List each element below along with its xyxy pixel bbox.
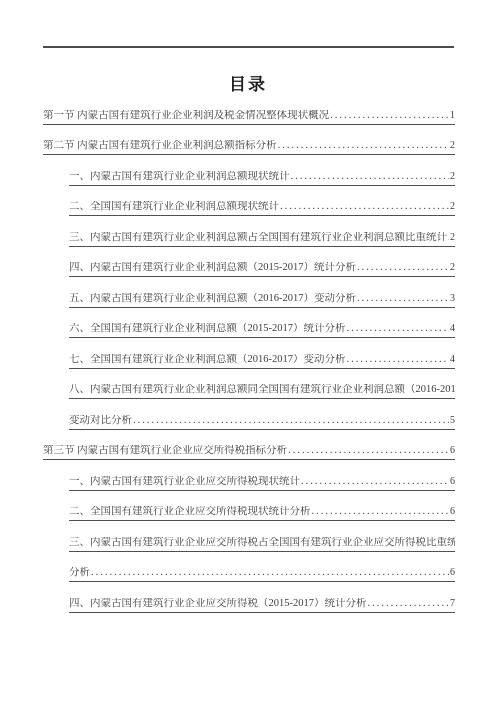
toc-page-number: 7 <box>450 598 455 610</box>
toc-entry-text: 七、全国国有建筑行业企业利润总额（2016-2017）变动分析 <box>69 354 346 366</box>
toc-entry-text: 第一节 内蒙古国有建筑行业企业利润及税金情况整体现状概况 <box>43 110 329 122</box>
toc-page-number: 2 <box>450 232 455 244</box>
toc-entry-line: 变动对比分析 5 <box>69 415 455 430</box>
toc-entry-line: 一、内蒙古国有建筑行业企业应交所得税现状统计 6 <box>69 476 455 491</box>
dot-leader <box>288 445 449 457</box>
toc-entry[interactable]: 二、全国国有建筑行业企业利润总额现状统计 2 <box>43 186 455 217</box>
toc-page-number: 4 <box>450 354 455 366</box>
toc-entry-line: 三、内蒙古国有建筑行业企业应交所得税占全国国有建筑行业企业应交所得税比重统计 <box>69 537 455 552</box>
toc-entry-line: 四、内蒙古国有建筑行业企业应交所得税（2015-2017）统计分析 7 <box>69 598 455 613</box>
toc-entry-text: 三、内蒙古国有建筑行业企业利润总额占全国国有建筑行业企业利润总额比重统计 <box>69 232 447 244</box>
toc-entry-line: 二、全国国有建筑行业企业应交所得税现状统计分析 6 <box>69 506 455 521</box>
toc-entry-line: 二、全国国有建筑行业企业利润总额现状统计 2 <box>69 201 455 216</box>
toc-entry-text: 四、内蒙古国有建筑行业企业应交所得税（2015-2017）统计分析 <box>69 598 367 610</box>
toc-entry[interactable]: 二、全国国有建筑行业企业应交所得税现状统计分析 6 <box>43 491 455 522</box>
toc-entry-line: 六、全国国有建筑行业企业利润总额（2015-2017）统计分析 4 <box>69 323 455 338</box>
dot-leader <box>448 232 449 244</box>
toc-page-number: 6 <box>450 567 455 579</box>
dot-leader <box>357 262 449 274</box>
toc-page-number: 2 <box>450 201 455 213</box>
toc-entry-text: 一、内蒙古国有建筑行业企业利润总额现状统计 <box>69 171 290 183</box>
toc-entry[interactable]: 七、全国国有建筑行业企业利润总额（2016-2017）变动分析 4 <box>43 338 455 369</box>
dot-leader <box>368 598 450 610</box>
toc-entry-text: 第二节 内蒙古国有建筑行业企业利润总额指标分析 <box>43 140 277 152</box>
toc-entry-line: 第二节 内蒙古国有建筑行业企业利润总额指标分析 2 <box>43 140 455 155</box>
toc-entry[interactable]: 三、内蒙古国有建筑行业企业利润总额占全国国有建筑行业企业利润总额比重统计 2 <box>43 216 455 247</box>
toc-page-number: 6 <box>450 476 455 488</box>
toc-page-number: 4 <box>450 323 455 335</box>
toc-entry-text: 一、内蒙古国有建筑行业企业应交所得税现状统计 <box>69 476 300 488</box>
toc-entry-line: 七、全国国有建筑行业企业利润总额（2016-2017）变动分析 4 <box>69 354 455 369</box>
toc-page-number: 5 <box>450 415 455 427</box>
document-page: 目录 第一节 内蒙古国有建筑行业企业利润及税金情况整体现状概况 1 第二节 内蒙… <box>0 0 496 701</box>
table-of-contents: 第一节 内蒙古国有建筑行业企业利润及税金情况整体现状概况 1 第二节 内蒙古国有… <box>43 94 455 613</box>
dot-leader <box>278 140 449 152</box>
dot-leader <box>280 201 449 213</box>
toc-page-number: 2 <box>450 140 455 152</box>
toc-page-number: 2 <box>450 262 455 274</box>
dot-leader <box>301 476 449 488</box>
dot-leader <box>91 567 449 579</box>
dot-leader <box>357 293 449 305</box>
dot-leader <box>291 171 450 183</box>
toc-entry[interactable]: 第三节 内蒙古国有建筑行业企业应交所得税指标分析 6 <box>43 430 455 461</box>
toc-entry-text: 五、内蒙古国有建筑行业企业利润总额（2016-2017）变动分析 <box>69 293 356 305</box>
toc-page-number: 1 <box>450 110 455 122</box>
toc-page-number: 6 <box>450 506 455 518</box>
dot-leader <box>347 354 450 366</box>
toc-entry-line: 分析 6 <box>69 567 455 582</box>
toc-entry[interactable]: 五、内蒙古国有建筑行业企业利润总额（2016-2017）变动分析 3 <box>43 277 455 308</box>
toc-entry-text: 分析 <box>69 567 90 579</box>
toc-entry-text: 二、全国国有建筑行业企业利润总额现状统计 <box>69 201 279 213</box>
toc-entry-line: 四、内蒙古国有建筑行业企业利润总额（2015-2017）统计分析 2 <box>69 262 455 277</box>
page-title: 目录 <box>0 70 496 95</box>
dot-leader <box>133 415 449 427</box>
toc-entry-line: 第三节 内蒙古国有建筑行业企业应交所得税指标分析 6 <box>43 445 455 460</box>
toc-entry-text: 六、全国国有建筑行业企业利润总额（2015-2017）统计分析 <box>69 323 346 335</box>
toc-entry-text: 八、内蒙古国有建筑行业企业利润总额同全国国有建筑行业企业利润总额（2016-20… <box>69 384 455 396</box>
toc-entry[interactable]: 四、内蒙古国有建筑行业企业应交所得税（2015-2017）统计分析 7 <box>43 582 455 613</box>
toc-page-number: 3 <box>450 293 455 305</box>
toc-entry-text: 三、内蒙古国有建筑行业企业应交所得税占全国国有建筑行业企业应交所得税比重统计 <box>69 537 455 549</box>
toc-entry-text: 第三节 内蒙古国有建筑行业企业应交所得税指标分析 <box>43 445 287 457</box>
header-rule <box>43 46 454 48</box>
toc-entry-text: 二、全国国有建筑行业企业应交所得税现状统计分析 <box>69 506 311 518</box>
toc-page-number: 6 <box>450 445 455 457</box>
toc-entry[interactable]: 变动对比分析 5 <box>43 399 455 430</box>
toc-page-number: 2 <box>450 171 455 183</box>
toc-entry[interactable]: 三、内蒙古国有建筑行业企业应交所得税占全国国有建筑行业企业应交所得税比重统计 <box>43 521 455 552</box>
toc-entry[interactable]: 分析 6 <box>43 552 455 583</box>
toc-entry[interactable]: 四、内蒙古国有建筑行业企业利润总额（2015-2017）统计分析 2 <box>43 247 455 278</box>
toc-entry-line: 五、内蒙古国有建筑行业企业利润总额（2016-2017）变动分析 3 <box>69 293 455 308</box>
toc-entry-text: 变动对比分析 <box>69 415 132 427</box>
toc-entry[interactable]: 第一节 内蒙古国有建筑行业企业利润及税金情况整体现状概况 1 <box>43 94 455 125</box>
toc-entry-line: 一、内蒙古国有建筑行业企业利润总额现状统计 2 <box>69 171 455 186</box>
toc-entry[interactable]: 一、内蒙古国有建筑行业企业应交所得税现状统计 6 <box>43 460 455 491</box>
toc-entry[interactable]: 一、内蒙古国有建筑行业企业利润总额现状统计 2 <box>43 155 455 186</box>
toc-entry[interactable]: 第二节 内蒙古国有建筑行业企业利润总额指标分析 2 <box>43 125 455 156</box>
toc-entry-text: 四、内蒙古国有建筑行业企业利润总额（2015-2017）统计分析 <box>69 262 356 274</box>
dot-leader <box>330 110 449 122</box>
toc-entry[interactable]: 八、内蒙古国有建筑行业企业利润总额同全国国有建筑行业企业利润总额（2016-20… <box>43 369 455 400</box>
toc-entry-line: 三、内蒙古国有建筑行业企业利润总额占全国国有建筑行业企业利润总额比重统计 2 <box>69 232 455 247</box>
dot-leader <box>312 506 450 518</box>
toc-entry-line: 第一节 内蒙古国有建筑行业企业利润及税金情况整体现状概况 1 <box>43 110 455 125</box>
toc-entry[interactable]: 六、全国国有建筑行业企业利润总额（2015-2017）统计分析 4 <box>43 308 455 339</box>
toc-entry-line: 八、内蒙古国有建筑行业企业利润总额同全国国有建筑行业企业利润总额（2016-20… <box>69 384 455 399</box>
dot-leader <box>347 323 450 335</box>
